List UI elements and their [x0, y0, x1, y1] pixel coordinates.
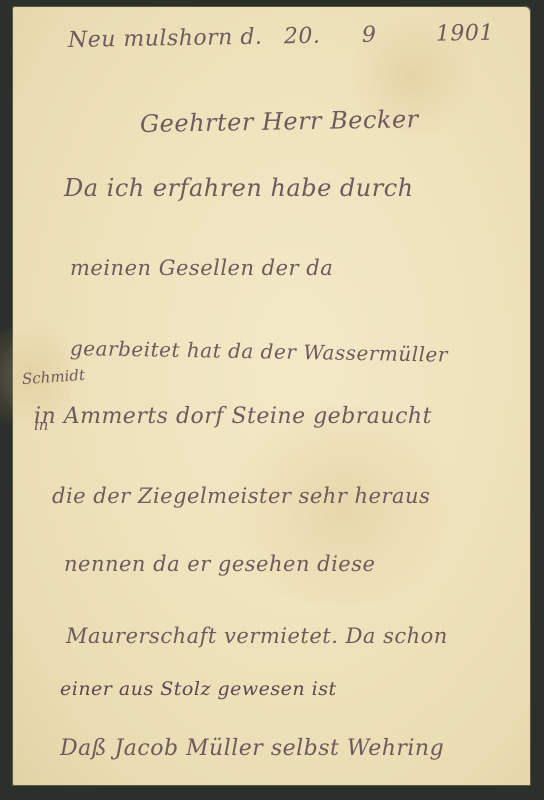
letter-line: Da ich erfahren habe durch — [64, 174, 414, 202]
letter-line: Maurerschaft vermietet. Da schon — [66, 624, 448, 648]
header-month: 9 — [362, 23, 377, 48]
salutation: Geehrter Herr Becker — [140, 105, 419, 138]
letter-card: Neu mulshorn d. 20. 9 1901 Geehrter Herr… — [12, 6, 531, 786]
header-day: 20. — [284, 24, 321, 50]
letter-line: meinen Gesellen der da — [70, 256, 333, 280]
letter-line: in Ammerts dorf Steine gebraucht — [34, 404, 432, 429]
letter-line: gearbeitet hat da der Wassermüller — [70, 336, 448, 367]
header-year: 1901 — [436, 21, 494, 47]
margin-note: Schmidt — [21, 366, 85, 388]
margin-note: in — [34, 416, 48, 434]
letter-line: einer aus Stolz gewesen ist — [60, 678, 337, 700]
letter-line: Daß Jacob Müller selbst Wehring — [60, 736, 444, 761]
header-place: Neu mulshorn d. — [68, 25, 263, 53]
letter-line: die der Ziegelmeister sehr heraus — [52, 484, 430, 508]
letter-line: nennen da er gesehen diese — [64, 552, 375, 576]
